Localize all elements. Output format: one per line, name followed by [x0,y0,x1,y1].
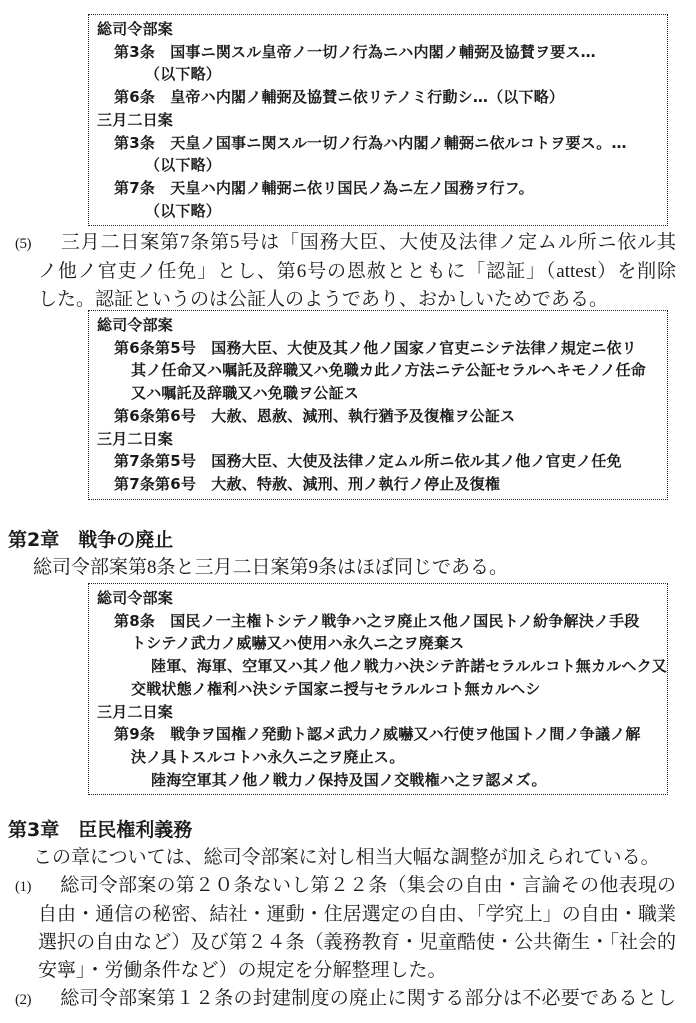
chapter-3: 第3章 臣民権利義務 この章については、総司令部案に対し相当大幅な調整が加えられ… [0,816,696,1014]
chapter-2-body: 総司令部案第8条と三月二日案第9条はほぼ同じである。 [0,554,696,582]
box-line: 決ノ具トスルコトハ永久ニ之ヲ廃止ス。 [89,746,667,769]
article-comparison-box-attestation: 総司令部案 第6条第5号 国務大臣、大使及其ノ他ノ国家ノ官吏ニシテ法律ノ規定ニ依… [88,310,668,500]
chapter-3-heading: 第3章 臣民権利義務 [0,816,696,844]
box-line: 第6条第5号 国務大臣、大使及其ノ他ノ国家ノ官吏ニシテ法律ノ規定ニ依リ [89,337,667,360]
box-line: 第8条 国民ノ一主権トシテノ戦争ハ之ヲ廃止ス他ノ国民トノ紛争解決ノ手段 [89,610,667,633]
box-line: （以下略） [89,154,667,177]
article-comparison-box-war: 総司令部案 第8条 国民ノ一主権トシテノ戦争ハ之ヲ廃止ス他ノ国民トノ紛争解決ノ手… [88,583,668,795]
list-item-1-line: (1)総司令部案の第２０条ないし第２２条（集会の自由・言論その他表現の [0,872,676,901]
box-line: 総司令部案 [89,18,667,41]
list-item-1-line: 安寧」・労働条件など）の規定を分解整理した。 [0,957,696,985]
chapter-3-intro: この章については、総司令部案に対し相当大幅な調整が加えられている。 [0,844,696,872]
paragraph-text: 三月二日案第7条第5号は「国務大臣、大使及法律ノ定ムル所ニ依ル其 [60,232,676,253]
page: { "doc": { "box1": { "lines": [ "総司令部案",… [0,0,696,1023]
paragraph-line: ノ他ノ官吏ノ任免」とし、第6号の恩赦とともに「認証」（attest）を削除 [0,258,676,286]
box-line: 其ノ任命又ハ嘱託及辞職又ハ免職カ此ノ方法ニテ公証セラルヘキモノノ任命 [89,359,667,382]
box-line: 三月二日案 [89,109,667,132]
box-line: （以下略） [89,63,667,86]
chapter-2-heading: 第2章 戦争の廃止 [0,526,696,554]
note-item-5: (5)三月二日案第7条第5号は「国務大臣、大使及法律ノ定ムル所ニ依ル其 ノ他ノ官… [0,229,696,314]
paragraph-line: (5)三月二日案第7条第5号は「国務大臣、大使及法律ノ定ムル所ニ依ル其 [0,229,676,258]
item-marker: (1) [15,873,60,901]
list-item-1-line: 自由・通信の秘密、結社・運動・住居選定の自由、「学究上」の自由・職業 [0,901,676,929]
box-line: 総司令部案 [89,587,667,610]
list-item-2-line: (2)総司令部案第１２条の封建制度の廃止に関する部分は不必要であるとし [0,985,676,1014]
box-line: 第7条第6号 大赦、特赦、減刑、刑ノ執行ノ停止及復権 [89,473,667,496]
box-line: 陸軍、海軍、空軍又ハ其ノ他ノ戦力ハ決シテ許諾セラルルコト無カルヘク又 [89,655,667,678]
chapter-2: 第2章 戦争の廃止 [0,526,696,554]
box-line: 第9条 戦争ヲ国権ノ発動ト認メ武力ノ威嚇又ハ行使ヲ他国トノ間ノ争議ノ解 [89,723,667,746]
box-line: 第6条 皇帝ハ内閣ノ輔弼及協賛ニ依リテノミ行動シ…（以下略） [89,86,667,109]
paragraph-line: 総司令部案第8条と三月二日案第9条はほぼ同じである。 [0,554,696,582]
box-line: 三月二日案 [89,428,667,451]
box-line: 第6条第6号 大赦、恩赦、減刑、執行猶予及復権ヲ公証ス [89,405,667,428]
box-line: 第7条第5号 国務大臣、大使及法律ノ定ムル所ニ依ル其ノ他ノ官吏ノ任免 [89,450,667,473]
box-line: トシテノ武力ノ威嚇又ハ使用ハ永久ニ之ヲ廃棄ス [89,632,667,655]
box-line: 陸海空軍其ノ他ノ戦力ノ保持及国ノ交戦権ハ之ヲ認メズ。 [89,769,667,792]
item-marker: (2) [15,986,60,1014]
box-line: 総司令部案 [89,314,667,337]
box-line: （以下略） [89,200,667,223]
paragraph-text: 総司令部案の第２０条ないし第２２条（集会の自由・言論その他表現の [60,875,676,896]
box-line: 第7条 天皇ハ内閣ノ輔弼ニ依リ国民ノ為ニ左ノ国務ヲ行フ。 [89,177,667,200]
article-comparison-box-emperor: 総司令部案 第3条 国事ニ関スル皇帝ノ一切ノ行為ニハ内閣ノ輔弼及協賛ヲ要ス… （… [88,14,668,226]
box-line: 交戦状態ノ権利ハ決シテ国家ニ授与セラルルコト無カルヘシ [89,678,667,701]
box-line: 第3条 天皇ノ国事ニ関スル一切ノ行為ハ内閣ノ輔弼ニ依ルコトヲ要ス。… [89,132,667,155]
paragraph-text: 総司令部案第１２条の封建制度の廃止に関する部分は不必要であるとし [60,988,676,1009]
item-marker: (5) [15,230,60,258]
box-line: 第3条 国事ニ関スル皇帝ノ一切ノ行為ニハ内閣ノ輔弼及協賛ヲ要ス… [89,41,667,64]
box-line: 三月二日案 [89,701,667,724]
list-item-1-line: 選択の自由など）及び第２４条（義務教育・児童酷使・公共衛生・「社会的 [0,929,676,957]
box-line: 又ハ嘱託及辞職又ハ免職ヲ公証ス [89,382,667,405]
